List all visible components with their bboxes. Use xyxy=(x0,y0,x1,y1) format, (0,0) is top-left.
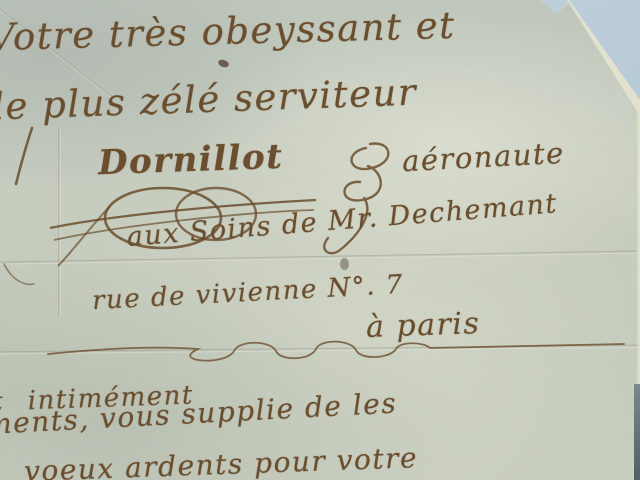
closing-line-2: le plus zélé serviteur xyxy=(0,71,418,129)
ink-smudge xyxy=(340,258,349,270)
pen-stroke-icon xyxy=(10,126,40,186)
ink-blot xyxy=(217,58,230,68)
flourish-rule-icon xyxy=(48,336,628,364)
letter-sheet: Votre très obeyssant et le plus zélé ser… xyxy=(0,0,640,480)
photo-background-edge xyxy=(634,384,640,480)
pen-stroke-icon xyxy=(2,260,36,290)
fragment-line-3: voeux ardents pour votre xyxy=(24,441,419,480)
letter-photograph: Votre très obeyssant et le plus zélé ser… xyxy=(0,0,640,480)
signature-title: aéronaute xyxy=(401,136,565,178)
address-street: rue de vivienne N°. 7 xyxy=(91,270,404,316)
closing-line-1: Votre très obeyssant et xyxy=(0,4,456,59)
